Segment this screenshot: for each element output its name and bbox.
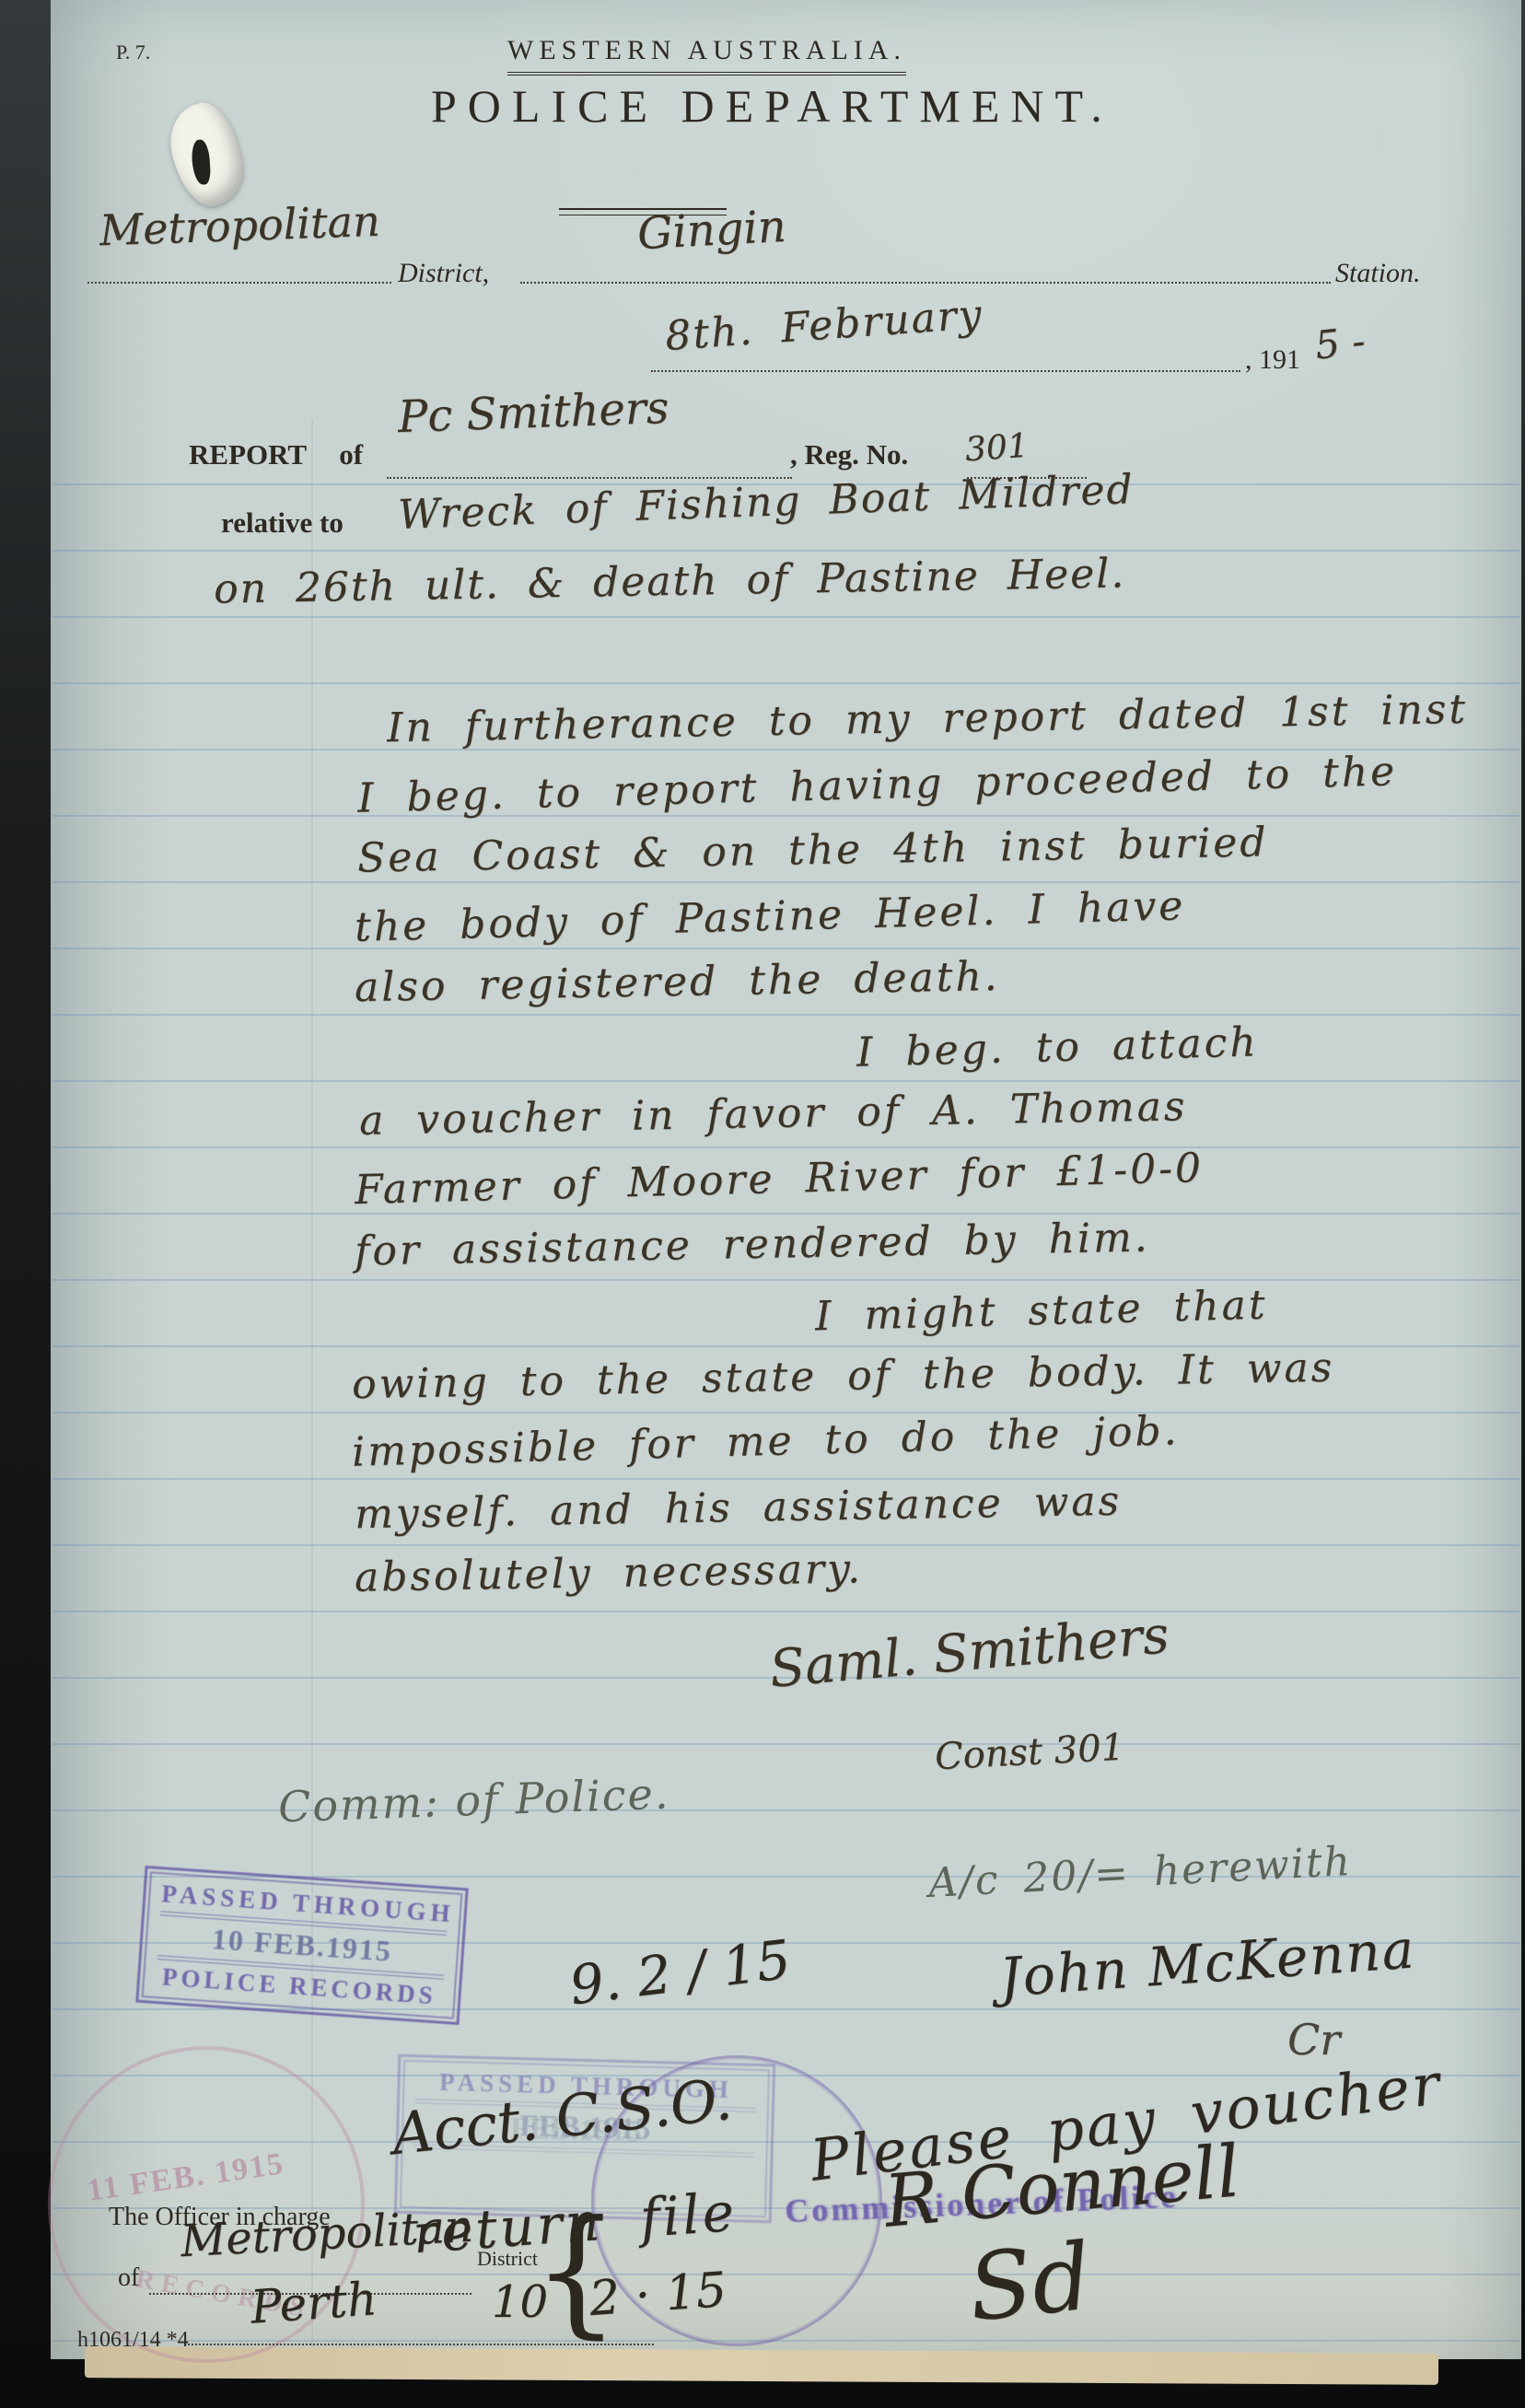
station-value-handwriting: Gingin [636,201,787,260]
scanned-police-report: P. 7. WESTERN AUSTRALIA. POLICE DEPARTME… [0,0,1525,2408]
department-title: POLICE DEPARTMENT. [431,79,1113,133]
stamp-line: POLICE RECORDS [155,1962,443,2011]
stamp-date: 10 FEB.1915 [157,1918,447,1972]
report-of-label: REPORT of [189,438,363,471]
reg-no-value-handwriting: 301 [964,427,1030,470]
reg-no-label: , Reg. No. [790,438,908,471]
page-ref: P. 7. [116,41,150,64]
inspector-initials: Cr [1287,2015,1340,2065]
body-line: absolutely necessary. [355,1545,864,1601]
station-dotted-line [520,282,1331,284]
final-initials-flourish: Sd [963,2222,1096,2342]
report-of-dotted-line [387,477,792,479]
report-of-value-handwriting: Pc Smithers [397,382,669,443]
year-label: , 191 [1245,344,1300,376]
page-bottom-edge [85,2346,1438,2385]
round-stamp-date: 11 FEB. 1915 [85,2146,286,2209]
district-value-handwriting: Metropolitan [99,196,380,256]
of-label: of [118,2263,139,2293]
date-note-2-rest: 2 · 15 [588,2263,728,2327]
year-digit-handwriting: 5 - [1313,318,1368,367]
relative-to-label: relative to [221,506,343,540]
district-small-label: District [477,2247,538,2271]
police-records-stamp: PASSED THROUGH 10 FEB.1915 POLICE RECORD… [135,1866,469,2025]
form-ref: h1061/14 *4 [77,2328,189,2353]
place-handwriting: Perth [249,2272,378,2333]
region-title: WESTERN AUSTRALIA. [507,35,906,76]
district-dotted-line [87,282,391,284]
margin-line [311,419,313,2353]
district-label: District, [398,258,489,289]
station-label: Station. [1335,258,1421,289]
date-dotted-line [651,370,1240,372]
